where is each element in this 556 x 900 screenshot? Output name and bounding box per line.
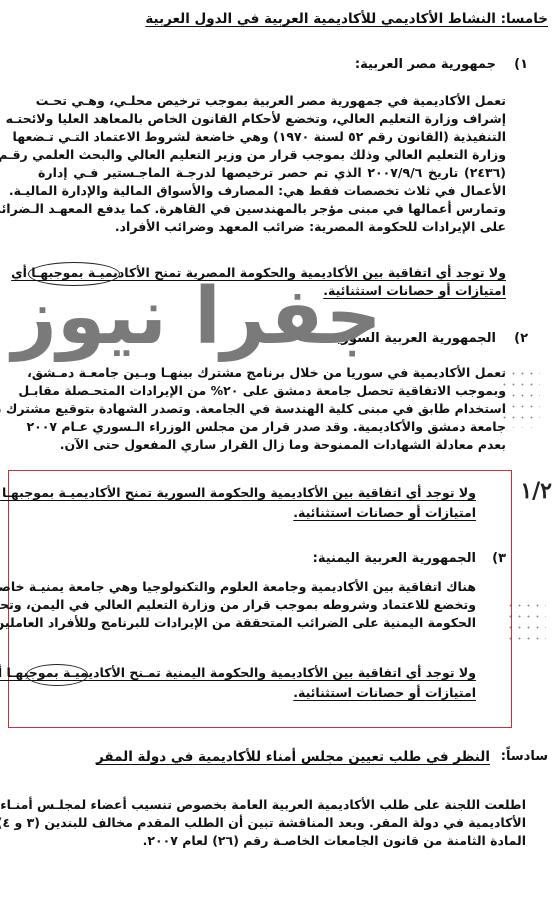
section5-title: خامسا: النشاط الأكاديمي للأكاديمية العرب…: [145, 10, 548, 28]
syria-number: ٢): [514, 330, 528, 348]
watermark: جفرا نيوز: [12, 272, 382, 362]
section6-title: النظر في طلب تعيين مجلس أمناء للأكاديمية…: [96, 748, 490, 766]
yemen-heading: الجمهورية العربية اليمنية:: [313, 550, 476, 568]
egypt-heading: جمهورية مصر العربية:: [355, 56, 496, 74]
scan-noise: [506, 600, 546, 640]
egypt-number: ١): [514, 56, 528, 74]
document-page: خامسا: النشاط الأكاديمي للأكاديمية العرب…: [0, 0, 556, 900]
handwritten-circle-yemen: [26, 664, 88, 686]
section6-prefix: سادساً:: [501, 748, 548, 766]
yemen-number: ٣): [492, 550, 506, 568]
scan-noise: [500, 368, 540, 428]
margin-annotation: ١/٢: [520, 478, 552, 504]
